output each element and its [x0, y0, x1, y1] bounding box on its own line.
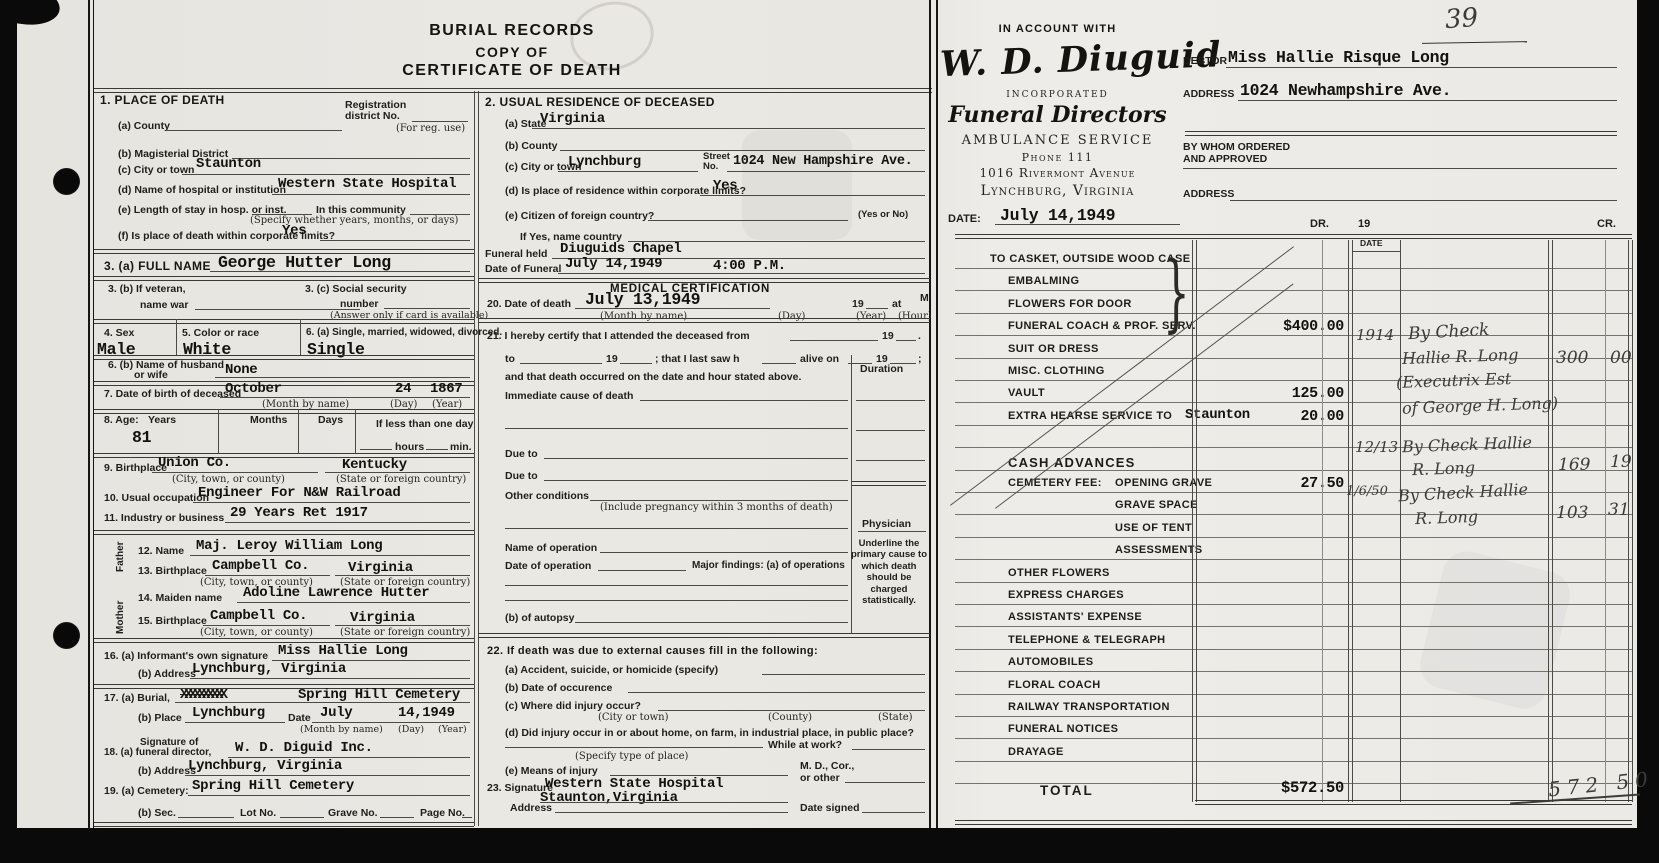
ledger-column-rule	[1552, 240, 1553, 802]
ledger-column-rule	[1192, 240, 1193, 802]
hw-date-1: 1914	[1356, 326, 1394, 344]
industry-label: 11. Industry or business	[104, 512, 224, 524]
while-at-work-label: While at work?	[768, 739, 842, 751]
orderer-address-label: ADDRESS	[1183, 188, 1234, 200]
immediate-cause-label: Immediate cause of death	[505, 390, 633, 402]
ledger-row-sublabel: GRAVE SPACE	[1115, 499, 1198, 511]
rule-line	[598, 570, 686, 571]
ambulance-service-label: AMBULANCE SERVICE	[945, 133, 1170, 148]
hw-note-1a: By Check	[1408, 320, 1490, 344]
burial-crossed-out-text: XXXXXXXXXX	[180, 687, 224, 703]
rule-line	[178, 817, 234, 818]
injury-place-label: (d) Did injury occur in or about home, o…	[505, 727, 914, 739]
age-days-label: Days	[318, 414, 343, 426]
card-edge-line	[93, 0, 94, 828]
cell-divider	[355, 409, 356, 453]
rule-line	[478, 633, 930, 638]
rule-line	[1230, 200, 1617, 201]
rule-line	[727, 171, 925, 172]
hospital-value: Western State Hospital	[278, 176, 456, 192]
hw-note-1b: Hallie R. Long	[1402, 345, 1519, 368]
injury-state-caption: (State)	[878, 712, 913, 723]
father-birthplace-state: Virginia	[348, 560, 413, 576]
rule-line	[94, 822, 474, 827]
rule-line	[862, 812, 925, 813]
debtor-address-value: 1024 Newhampshire Ave.	[1240, 81, 1451, 100]
ss-number-label: number	[340, 298, 379, 310]
ledger-row-line	[955, 716, 1632, 717]
ledger-row-sublabel: OPENING GRAVE	[1115, 477, 1212, 489]
hole-punch-top	[53, 168, 80, 195]
age-years-label: Years	[148, 414, 176, 426]
marital-label: 6. (a) Single, married, widowed, divorce…	[306, 327, 502, 339]
corporate-limits-value: Yes	[282, 223, 306, 239]
rule-line	[193, 502, 470, 503]
birth-day-value: 24	[395, 381, 411, 397]
death-19-label: 19	[852, 298, 864, 310]
county-label: (a) County	[118, 120, 170, 132]
operation-date-label: Date of operation	[505, 560, 591, 572]
ledger-row-sublabel: ASSESSMENTS	[1115, 544, 1203, 556]
street-no-label: No.	[703, 162, 718, 173]
rule-line	[426, 449, 448, 450]
ledger-row-line	[955, 738, 1632, 739]
rule-line	[94, 319, 474, 324]
ledger-row-label: CASH ADVANCES	[1008, 455, 1136, 470]
rule-line	[560, 150, 925, 151]
husband-wife-value: None	[225, 362, 257, 378]
rule-line	[462, 817, 472, 818]
or-other-label: or other	[800, 772, 840, 784]
cell-divider	[176, 319, 177, 355]
burial-label: 17. (a) Burial,	[104, 692, 170, 704]
rule-line	[505, 585, 848, 586]
full-name-value: George Hutter Long	[218, 253, 391, 272]
burial-place-value: Lynchburg	[192, 705, 265, 721]
mother-birthplace-state: Virginia	[350, 610, 415, 626]
rule-line	[648, 220, 848, 221]
age-years-value: 81	[132, 428, 151, 447]
father-name-label: 12. Name	[138, 545, 184, 557]
burial-date-label: Date	[288, 712, 311, 724]
ledger-row-sublabel: USE OF TENT	[1115, 522, 1192, 534]
ledger-row-line	[955, 649, 1632, 650]
birthplace-city-value: Union Co.	[158, 455, 231, 471]
rule-line	[188, 795, 470, 796]
rule-line	[272, 194, 470, 195]
rule-line	[856, 460, 925, 461]
rule-line	[640, 400, 848, 401]
and-approved-label: AND APPROVED	[1183, 153, 1267, 165]
full-name-label: 3. (a) FULL NAME	[104, 259, 211, 273]
rule-line	[540, 802, 788, 803]
cr-column-header: CR.	[1597, 218, 1616, 231]
accident-label: (a) Accident, suicide, or homicide (spec…	[505, 664, 718, 676]
sig-address-label: Address	[510, 802, 552, 814]
rule-line	[544, 480, 848, 481]
ledger-row-line	[955, 604, 1632, 605]
occurrence-date-label: (b) Date of occurence	[505, 682, 612, 694]
debtor-value: Miss Hallie Risque Long	[1228, 48, 1449, 67]
rule-line	[762, 363, 796, 364]
mother-birthplace-city: Campbell Co.	[210, 608, 307, 624]
rule-line	[384, 308, 470, 309]
ledger-row-line	[955, 694, 1632, 695]
rule-line	[558, 273, 925, 274]
rule-line	[1183, 168, 1617, 169]
rule-line	[544, 458, 848, 459]
rule-line	[232, 158, 470, 159]
ledger-column-rule	[1628, 240, 1629, 802]
ledger-row-label: FUNERAL NOTICES	[1008, 723, 1118, 735]
physician-label: Physician	[862, 518, 911, 530]
ledger-row-label: DRAYAGE	[1008, 746, 1064, 758]
rule-line	[575, 308, 770, 309]
ledger-row-label: FLOWERS FOR DOOR	[1008, 298, 1132, 310]
informant-address-value: Lynchburg, Virginia	[192, 661, 346, 677]
foreign-citizen-label: (e) Citizen of foreign country?	[505, 210, 654, 222]
burial-dayyear-value: 14,1949	[398, 705, 455, 721]
rule-line	[762, 674, 925, 675]
rule-line	[1185, 131, 1617, 136]
panel-divider	[929, 0, 931, 828]
rule-line	[335, 575, 470, 576]
last-saw-label: ; that I last saw h	[655, 353, 740, 365]
hw-date-2: 12/13	[1355, 438, 1398, 456]
informant-value: Miss Hallie Long	[278, 643, 408, 659]
father-birthplace-label: 13. Birthplace	[138, 565, 207, 577]
rule-line	[185, 722, 285, 723]
rule-line	[94, 453, 474, 458]
ledger-row-line	[955, 358, 1632, 359]
cell-divider	[218, 409, 219, 453]
rule-line	[152, 472, 318, 473]
certify-period: .	[918, 330, 921, 342]
rule-line	[575, 622, 848, 623]
rule-line	[505, 747, 763, 748]
ledger-row-line	[955, 335, 1632, 336]
scan-edge-bottom	[0, 828, 1659, 863]
mother-maiden-value: Adoline Lawrence Hutter	[243, 585, 429, 601]
rule-line	[320, 240, 470, 241]
rule-line	[94, 276, 474, 281]
district-no-label: district No.	[345, 110, 400, 122]
mother-bp-caption2: (State or foreign country)	[340, 627, 470, 638]
ledger-row-line	[955, 761, 1632, 762]
date-column-header: DATE	[1360, 239, 1383, 249]
ledger-row-label: EXTRA HEARSE SERVICE TO	[1008, 410, 1172, 422]
residence-corporate-value: Yes	[713, 178, 737, 194]
due-to1-label: Due to	[505, 448, 538, 460]
veteran-label: 3. (b) If veteran,	[108, 283, 186, 295]
burial-year-caption: (Year)	[438, 724, 467, 735]
ledger-date-value: July 14,1949	[1000, 206, 1115, 225]
hw-note-3b: R. Long	[1415, 507, 1479, 528]
ledger-row-line	[955, 582, 1632, 583]
hw-credit-3-dollars: 103	[1556, 503, 1588, 523]
rule-line	[412, 121, 468, 122]
certify-to-label: to	[505, 353, 515, 365]
residence-city-value: Lynchburg	[568, 154, 641, 170]
rule-line	[203, 625, 330, 626]
ledger-cents-rule	[1605, 240, 1606, 802]
ledger-date-label: DATE:	[948, 213, 981, 226]
ledger-row-label: EXPRESS CHARGES	[1008, 589, 1124, 601]
city-or-town-value: Staunton	[196, 156, 261, 172]
in-account-with-label: IN ACCOUNT WITH	[945, 23, 1170, 35]
year-column-header: 19	[1358, 218, 1370, 231]
column-divider	[478, 91, 479, 826]
hw-date-3: 1/6/50	[1346, 484, 1388, 499]
ledger-row-label: MISC. CLOTHING	[1008, 365, 1105, 377]
due-to2-label: Due to	[505, 470, 538, 482]
ledger-row-line	[955, 313, 1632, 314]
rule-line	[558, 171, 698, 172]
page-number-handwritten: 39	[1444, 3, 1479, 35]
birth-month-value: October	[225, 381, 282, 397]
rule-line	[1226, 67, 1617, 68]
yes-or-no-caption: (Yes or No)	[858, 210, 908, 221]
funeral-time-value: 4:00 P.M.	[713, 258, 786, 274]
director-address-value: Lynchburg, Virginia	[188, 758, 342, 774]
specify-place-caption: (Specify type of place)	[575, 751, 688, 762]
death-at-label: at	[892, 298, 901, 310]
burial-place-label: (b) Place	[138, 712, 182, 724]
certify-19b-label: 19	[606, 353, 618, 365]
rule-line	[175, 702, 470, 703]
firm-city-label: Lynchburg, Virginia	[945, 183, 1170, 199]
rule-line	[1195, 800, 1632, 805]
ledger-row-line	[955, 626, 1632, 627]
other-conditions-label: Other conditions	[505, 490, 589, 502]
ledger-row-line	[955, 537, 1632, 538]
section1-heading: 1. PLACE OF DEATH	[100, 93, 225, 107]
rule-line	[325, 472, 470, 473]
ledger-column-rule	[1400, 240, 1401, 802]
rule-line	[955, 234, 1632, 239]
injury-city-caption: (City or town)	[598, 712, 669, 723]
hw-credit-2-dollars: 169	[1558, 455, 1590, 475]
rule-line	[360, 449, 392, 450]
name-war-label: name war	[140, 299, 188, 311]
rule-line	[555, 812, 788, 813]
cell-divider	[300, 319, 301, 355]
residence-county-label: (b) County	[505, 140, 558, 152]
cell-divider	[298, 409, 299, 453]
signature-value2: Staunton,Virginia	[540, 790, 678, 806]
rule-line	[790, 340, 878, 341]
father-birthplace-city: Campbell Co.	[212, 558, 309, 574]
injury-where-label: (c) Where did injury occur?	[505, 700, 641, 712]
funeral-held-label: Funeral held	[485, 248, 547, 260]
burial-month-caption: (Month by name)	[300, 724, 383, 735]
ledger-row-line	[955, 470, 1632, 471]
scan-edge-right	[1637, 0, 1659, 863]
rule-line	[532, 128, 925, 129]
ledger-dr-amount: 125.00	[1238, 385, 1344, 402]
autopsy-label: (b) of autopsy	[505, 612, 574, 624]
ledger-row-label: OTHER FLOWERS	[1008, 567, 1110, 579]
by-whom-ordered-label: BY WHOM ORDERED	[1183, 141, 1290, 153]
certify-line1-label: 21. I hereby certify that I attended the…	[487, 330, 750, 342]
certify-semicolon: ;	[918, 353, 922, 365]
date-signed-label: Date signed	[800, 802, 860, 814]
birthplace-caption1: (City, town, or county)	[172, 474, 285, 485]
phone-label: Phone 111	[945, 151, 1170, 164]
occupation-value: Engineer For N&W Railroad	[198, 485, 401, 501]
column-divider	[474, 91, 475, 826]
rule-line	[955, 820, 1632, 825]
hole-punch-bottom	[53, 622, 80, 649]
rule-line	[167, 130, 342, 131]
debtor-label: DEBTOR	[1183, 55, 1227, 67]
rule-line	[600, 552, 848, 553]
cemetery-label: 19. (a) Cemetery:	[104, 785, 189, 797]
rule-line	[520, 363, 602, 364]
date-of-death-label: 20. Date of death	[487, 298, 571, 310]
hw-note-1c: (Executrix Est	[1396, 369, 1512, 392]
mother-birthplace-label: 15. Birthplace	[138, 615, 207, 627]
rule-line	[1238, 100, 1617, 101]
rule-line	[190, 678, 470, 679]
total-dr-amount: $572.50	[1238, 779, 1344, 797]
document-title: BURIAL RECORDS	[362, 22, 662, 40]
rule-line	[478, 318, 930, 323]
ledger-row-label: FLORAL COACH	[1008, 679, 1101, 691]
ledger-column-rule	[1632, 240, 1633, 802]
dr-column-header: DR.	[1310, 218, 1329, 231]
hw-credit-1-dollars: 300	[1556, 348, 1588, 368]
document-subtitle: COPY OF	[362, 44, 662, 60]
mother-maiden-label: 14. Maiden name	[138, 592, 222, 604]
rule-line	[225, 522, 470, 523]
card-edge-line	[88, 0, 90, 828]
funeral-director-label2: 18. (a) funeral director,	[104, 747, 211, 759]
for-reg-use-caption: (For reg. use)	[396, 123, 465, 134]
section22-heading: 22. If death was due to external causes …	[487, 645, 818, 657]
ledger-row-label: EMBALMING	[1008, 275, 1079, 287]
street-value: 1024 New Hampshire Ave.	[733, 154, 912, 169]
informant-address-label: (b) Address	[138, 668, 196, 680]
total-label: TOTAL	[1040, 783, 1094, 798]
mother-bp-caption1: (City, town, or county)	[200, 627, 313, 638]
ledger-row-line	[955, 492, 1632, 493]
scan-edge-left	[0, 0, 17, 863]
rule-line	[995, 224, 1180, 225]
husband-wife-label2: or wife	[134, 369, 168, 381]
hospital-label: (d) Name of hospital or institution	[118, 184, 286, 196]
ledger-row-line	[955, 268, 1632, 269]
grave-no-label: Grave No.	[328, 807, 378, 819]
ledger-row-line	[955, 559, 1632, 560]
sec-label: (b) Sec.	[138, 807, 176, 819]
burial-month-value: July	[320, 705, 352, 721]
rule-line	[852, 749, 925, 750]
rule-line	[620, 363, 652, 364]
rule-line	[505, 428, 848, 429]
scanned-document: BURIAL RECORDS COPY OF CERTIFICATE OF DE…	[0, 0, 1659, 863]
rule-line	[94, 381, 474, 386]
page-no-label: Page No.	[420, 807, 465, 819]
industry-value: 29 Years Ret 1917	[230, 505, 368, 521]
incorporated-label: INCORPORATED	[945, 90, 1170, 100]
physician-note: Underline the primary cause to which dea…	[850, 538, 928, 606]
rule-line	[94, 530, 474, 535]
ledger-row-line	[955, 290, 1632, 291]
residence-state-value: Virginia	[540, 111, 605, 127]
hw-credit-2-cents: 19	[1610, 452, 1632, 472]
social-security-label: 3. (c) Social security	[305, 283, 407, 295]
certify-19-label: 19	[882, 330, 894, 342]
rule-line	[856, 430, 925, 431]
ledger-row-label: TO CASKET, OUTSIDE WOOD CASE	[990, 253, 1190, 265]
birth-year-value: 1867	[430, 381, 462, 397]
rule-line	[700, 195, 925, 196]
rule-line	[845, 782, 925, 783]
md-cor-label: M. D., Cor.,	[800, 760, 854, 772]
rule-line	[312, 722, 470, 723]
rule-line	[280, 817, 324, 818]
rule-line	[896, 340, 916, 341]
document-subtitle2: CERTIFICATE OF DEATH	[362, 62, 662, 80]
funeral-directors-script: Funeral Directors	[945, 102, 1170, 128]
rule-line	[210, 271, 470, 272]
duration-label: Duration	[860, 363, 903, 375]
debtor-address-label: ADDRESS	[1183, 88, 1234, 100]
ledger-column-rule	[1548, 240, 1549, 802]
rule-line	[220, 397, 470, 398]
death-occurred-label: and that death occurred on the date and …	[505, 371, 801, 383]
ledger-row-label: ASSISTANTS' EXPENSE	[1008, 611, 1142, 623]
rule-line	[182, 174, 470, 175]
age-label: 8. Age:	[104, 414, 139, 426]
death-m-label: M	[920, 292, 929, 304]
pregnancy-caption: (Include pregnancy within 3 months of de…	[600, 502, 833, 513]
rule-line	[237, 602, 470, 603]
ledger-column-rule	[1348, 240, 1349, 802]
min-label: min.	[450, 441, 472, 453]
hw-credit-3-cents: 31	[1608, 500, 1630, 520]
ledger-cents-rule	[1322, 240, 1323, 802]
race-label: 5. Color or race	[182, 327, 259, 339]
rule-line	[215, 377, 470, 378]
operation-name-label: Name of operation	[505, 542, 597, 554]
ledger-row-label: AUTOMOBILES	[1008, 656, 1093, 668]
cemetery-value: Spring Hill Cemetery	[192, 778, 354, 794]
age-months-label: Months	[250, 414, 287, 426]
firm-name-script: W. D. Diuguid	[939, 36, 1175, 85]
ledger-column-rule	[1352, 240, 1353, 802]
rule-line	[628, 692, 925, 693]
burial-value: Spring Hill Cemetery	[298, 687, 460, 703]
ledger-row-line	[955, 380, 1632, 381]
rule-line	[858, 531, 926, 532]
funeral-director-value: W. D. Diguid Inc.	[235, 740, 373, 756]
hours-label: hours	[395, 441, 424, 453]
ledger-row-label: RAILWAY TRANSPORTATION	[1008, 701, 1170, 713]
less-than-one-day-label: If less than one day	[376, 418, 473, 430]
father-side-label: Father	[115, 541, 126, 572]
rule-line	[852, 481, 926, 486]
birthplace-caption2: (State or foreign country)	[336, 474, 466, 485]
rule-line	[658, 710, 925, 711]
date-of-death-value: July 13,1949	[585, 290, 700, 309]
hw-note-2b: R. Long	[1412, 458, 1476, 479]
funeral-date-label: Date of Funeral	[485, 263, 561, 275]
ledger-dr-amount: 27.50	[1238, 475, 1344, 492]
burial-day-caption: (Day)	[398, 724, 424, 735]
major-findings-label: Major findings: (a) of operations	[692, 560, 845, 572]
